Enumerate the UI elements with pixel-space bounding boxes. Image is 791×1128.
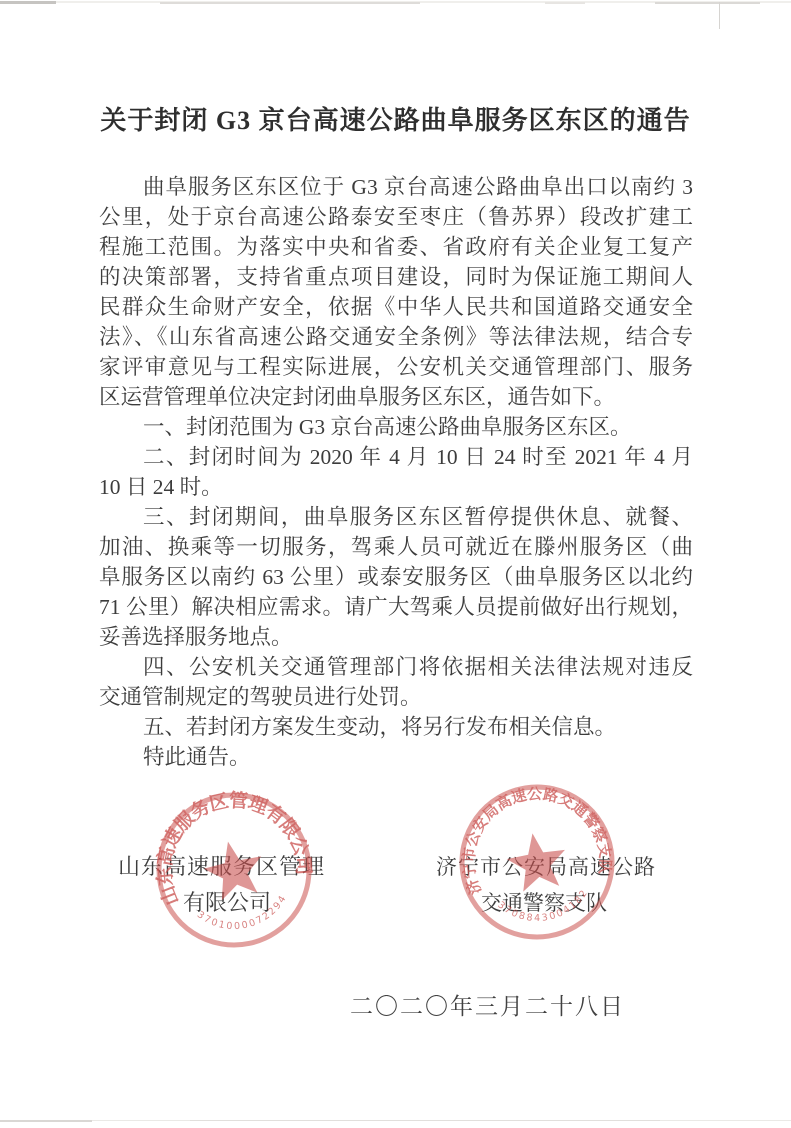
body-line: 五、若封闭方案发生变动，将另行发布相关信息。	[99, 712, 693, 742]
body-line: 民群众生命财产安全，依据《中华人民共和国道路交通安全	[99, 292, 693, 322]
body-line: 公里，处于京台高速公路泰安至枣庄（鲁苏界）段改扩建工	[99, 202, 693, 232]
document-body: 曲阜服务区东区位于 G3 京台高速公路曲阜出口以南约 3公里，处于京台高速公路泰…	[99, 172, 693, 772]
body-line: 一、封闭范围为 G3 京台高速公路曲阜服务区东区。	[99, 412, 693, 442]
scan-artifact-right-edge	[719, 2, 720, 29]
scan-artifact-top-smudge	[160, 2, 420, 4]
official-seal-right: 济宁市公安局高速公路交通警察支队 3708843004182	[443, 768, 631, 956]
body-line: 程施工范围。为落实中央和省委、省政府有关企业复工复产	[99, 232, 693, 262]
star-icon	[199, 836, 268, 903]
body-line: 10 日 24 时。	[99, 472, 693, 502]
body-line: 71 公里）解决相应需求。请广大驾乘人员提前做好出行规划，	[99, 592, 693, 622]
body-line: 区运营管理单位决定封闭曲阜服务区东区，通告如下。	[99, 382, 693, 412]
notice-document-page: 关于封闭 G3 京台高速公路曲阜服务区东区的通告 曲阜服务区东区位于 G3 京台…	[0, 0, 791, 1128]
scan-artifact-bottom-smudge	[0, 1120, 92, 1122]
body-line: 四、公安机关交通管理部门将依据相关法律法规对违反	[99, 652, 693, 682]
body-line: 曲阜服务区东区位于 G3 京台高速公路曲阜出口以南约 3	[99, 172, 693, 202]
scan-artifact-bottom-smudge	[190, 1120, 660, 1121]
body-line: 加油、换乘等一切服务，驾乘人员可就近在滕州服务区（曲	[99, 532, 693, 562]
scan-artifact-bottom-edge	[0, 1120, 791, 1121]
body-line: 法》、《山东省高速公路交通安全条例》等法律法规，结合专	[99, 322, 693, 352]
body-line: 交通管制规定的驾驶员进行处罚。	[99, 682, 693, 712]
scan-artifact-top-smudge	[655, 2, 760, 4]
body-line: 二、封闭时间为 2020 年 4 月 10 日 24 时至 2021 年 4 月	[99, 442, 693, 472]
body-line: 家评审意见与工程实际进展，公安机关交通管理部门、服务	[99, 352, 693, 382]
body-line: 妥善选择服务地点。	[99, 622, 693, 652]
scan-artifact-top-smudge	[545, 2, 585, 4]
body-line: 三、封闭期间，曲阜服务区东区暂停提供休息、就餐、	[99, 502, 693, 532]
official-seal-left: 山东高速服务区管理有限公司 3701000072294	[137, 773, 332, 968]
scan-artifact-top-edge	[0, 1, 791, 3]
body-line: 阜服务区以南约 63 公里）或泰安服务区（曲阜服务区以北约	[99, 562, 693, 592]
issue-date: 二〇二〇年三月二十八日	[350, 988, 625, 1021]
star-icon	[503, 829, 570, 894]
document-title: 关于封闭 G3 京台高速公路曲阜服务区东区的通告	[0, 100, 791, 137]
body-line: 的决策部署，支持省重点项目建设，同时为保证施工期间人	[99, 262, 693, 292]
scan-artifact-top-smudge	[0, 1, 56, 4]
